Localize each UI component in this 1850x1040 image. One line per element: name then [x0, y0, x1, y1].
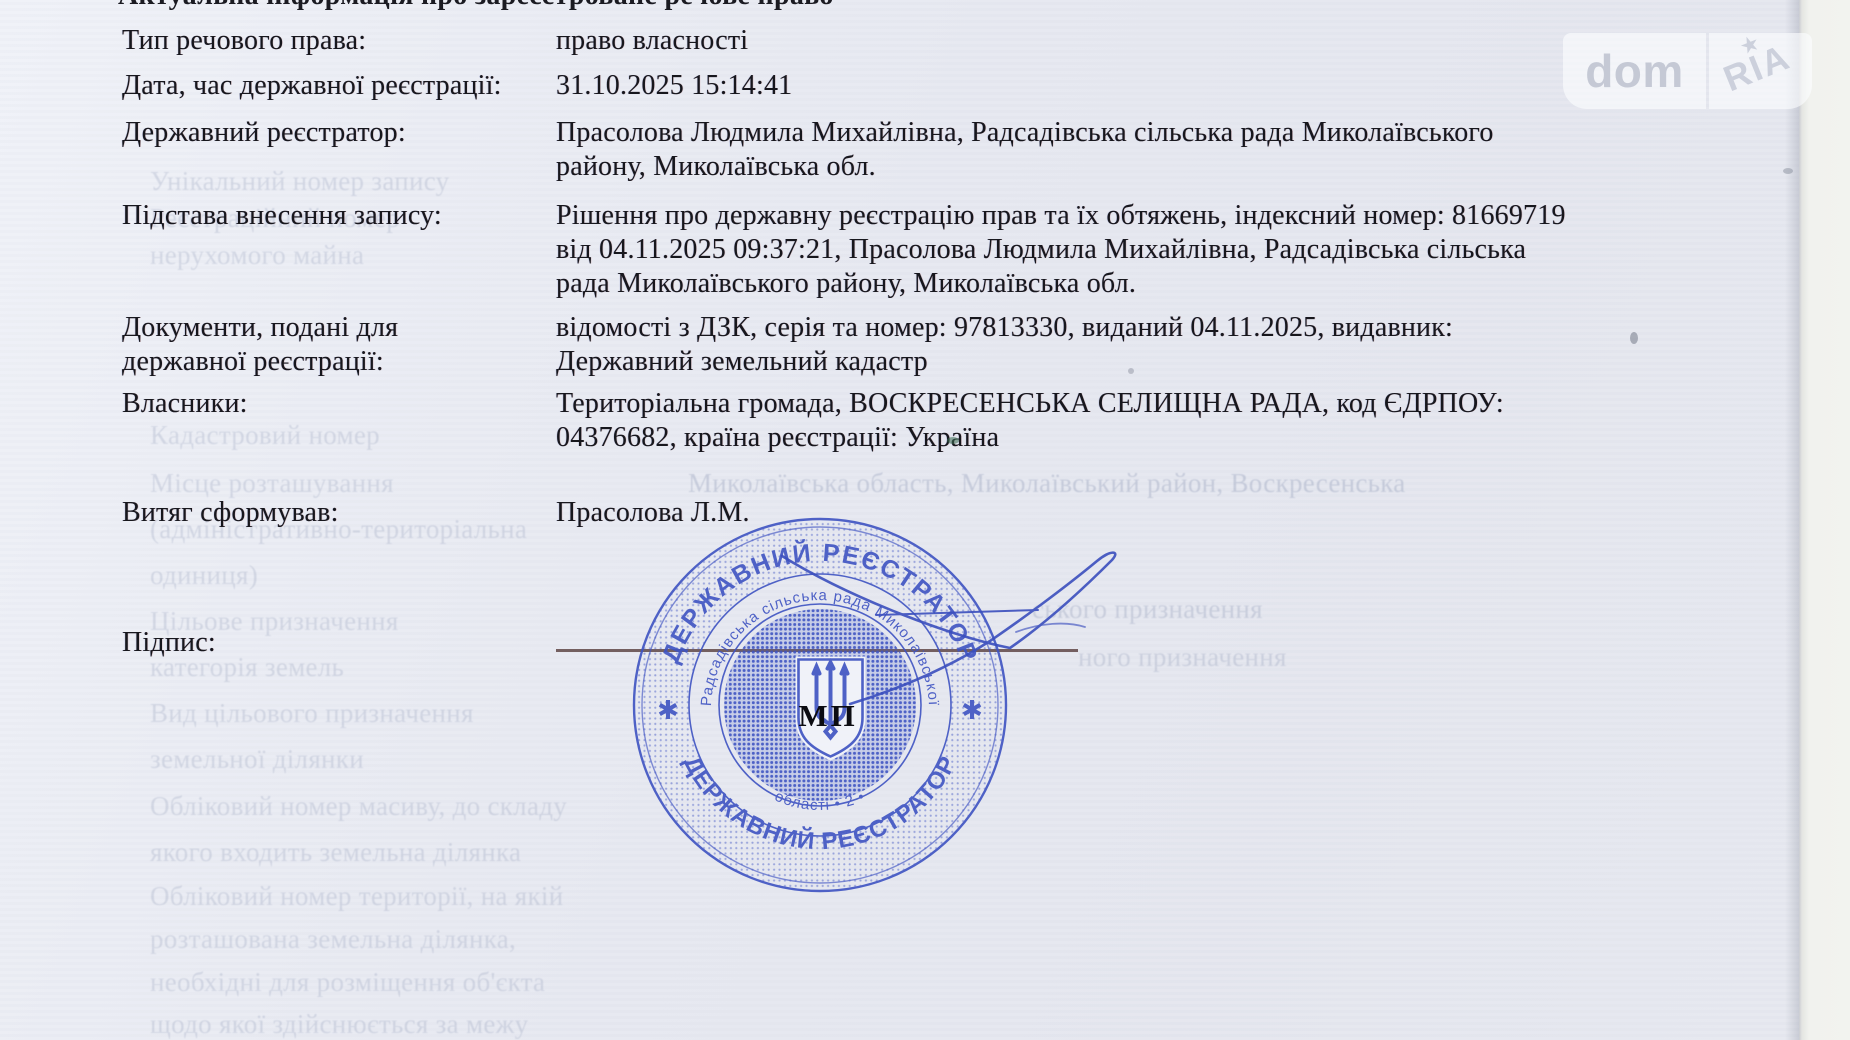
ghost-line: нерухомого майна — [150, 240, 364, 271]
dust-speck — [947, 437, 959, 444]
field-value-owners: Територіальна громада, ВОСКРЕСЕНСЬКА СЕЛ… — [556, 387, 1504, 455]
field-label-submitted-documents: Документи, подані для державної реєстрац… — [122, 311, 398, 379]
field-value-state-registrar: Прасолова Людмила Михайлівна, Радсадівсь… — [556, 116, 1494, 184]
field-value-submitted-documents: відомості з ДЗК, серія та номер: 9781333… — [556, 311, 1453, 379]
truncated-header-line: Актуальна інформація про зареєстроване р… — [118, 0, 1018, 13]
field-label-state-registrar: Державний реєстратор: — [122, 116, 406, 150]
ghost-line: Унікальний номер запису — [150, 166, 449, 197]
field-value-record-basis: Рішення про державну реєстрацію прав та … — [556, 199, 1566, 301]
paper-edge-shadow — [1785, 0, 1799, 1040]
field-label-extract-generated-by: Витяг сформував: — [122, 496, 339, 530]
watermark-dom-block: dom — [1563, 33, 1706, 109]
watermark-ria-block: ★ RIA — [1709, 33, 1812, 109]
ghost-line: ського призначення — [1032, 594, 1263, 625]
ghost-line: Обліковий номер масиву, до складу — [150, 791, 567, 822]
ghost-line: Миколаївська область, Миколаївський райо… — [688, 468, 1406, 499]
scanned-document-page: Актуальна інформація про зареєстроване р… — [0, 0, 1850, 1040]
ghost-line: необхідні для розміщення об'єкта — [150, 967, 545, 998]
ghost-line: земельної ділянки — [150, 744, 364, 775]
ghost-line: щодо якої здійснюється за межу — [150, 1009, 528, 1040]
watermark-ria-rotated: ★ RIA — [1718, 36, 1797, 100]
ghost-line: розташована земельна ділянка, — [150, 924, 516, 955]
ghost-line: Місце розташування — [150, 468, 394, 499]
scanner-backdrop-strip — [1799, 0, 1850, 1040]
field-value-extract-generated-by: Прасолова Л.М. — [556, 496, 750, 530]
dust-speck — [1630, 332, 1638, 344]
field-label-owners: Власники: — [122, 387, 248, 421]
ghost-line: Кадастровий номер — [150, 420, 380, 451]
truncated-header-text: Актуальна інформація про зареєстроване р… — [118, 0, 834, 12]
field-label-record-basis: Підстава внесення запису: — [122, 199, 442, 233]
ghost-line: Обліковий номер території, на якій — [150, 881, 564, 912]
field-label-registration-datetime: Дата, час державної реєстрації: — [122, 69, 502, 103]
ghost-line: якого входить земельна ділянка — [150, 837, 521, 868]
field-value-property-right-type: право власності — [556, 24, 748, 58]
dust-speck — [1128, 368, 1134, 374]
signature-rule-line — [556, 649, 1078, 652]
field-label-property-right-type: Тип речового права: — [122, 24, 366, 58]
watermark-dom-text: dom — [1563, 33, 1706, 109]
field-value-registration-datetime: 31.10.2025 15:14:41 — [556, 69, 792, 103]
field-label-signature: Підпис: — [122, 626, 216, 660]
dust-speck — [1783, 168, 1793, 174]
ghost-line: Вид цільового призначення — [150, 698, 474, 729]
ghost-line: одиниця) — [150, 560, 258, 591]
ghost-line: ного призначення — [1078, 642, 1287, 673]
